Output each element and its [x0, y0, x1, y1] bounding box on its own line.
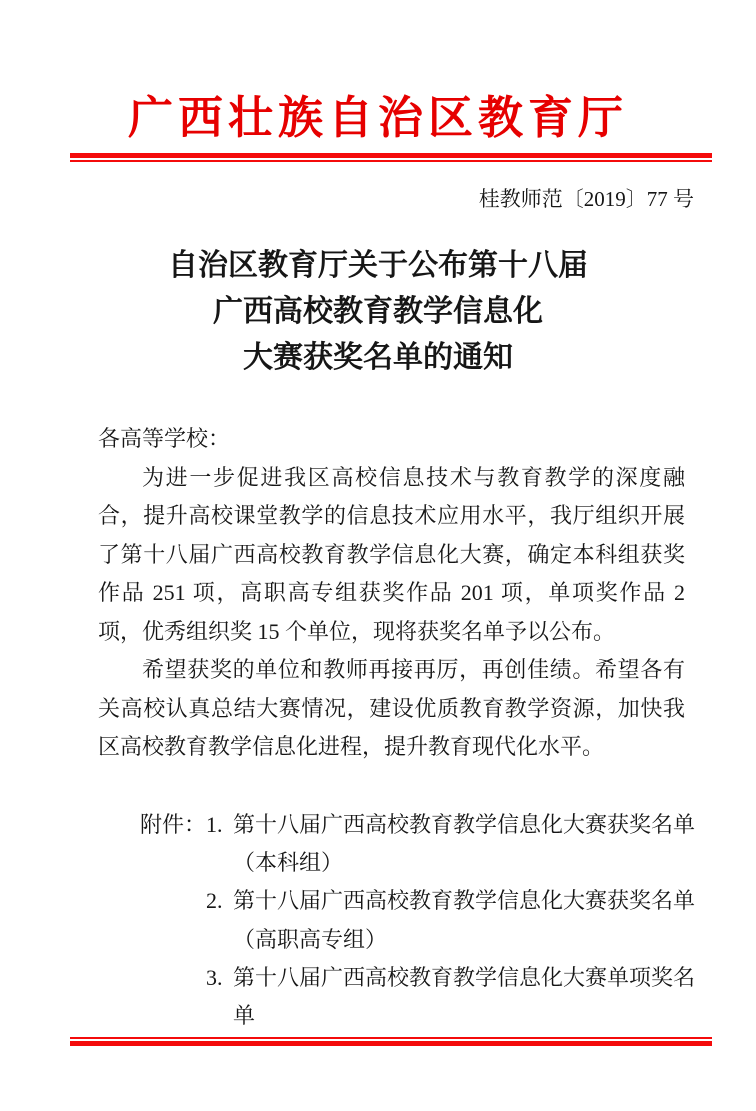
attachments-label: 附件： — [140, 806, 206, 844]
letterhead-rule — [70, 153, 712, 162]
agency-letterhead: 广西壮族自治区教育厅 — [0, 90, 756, 146]
attachment-item-number: 1. — [206, 806, 233, 844]
notice-body: 各高等学校： 为进一步促进我区高校信息技术与教育教学的深度融合，提升高校课堂教学… — [98, 420, 685, 767]
notice-title-line-1: 自治区教育厅关于公布第十八届 — [0, 243, 756, 289]
notice-title-line-3: 大赛获奖名单的通知 — [0, 335, 756, 381]
attachment-item-1: 1. 第十八届广西高校教育教学信息化大赛获奖名单（本科组） — [206, 806, 699, 882]
notice-title: 自治区教育厅关于公布第十八届 广西高校教育教学信息化 大赛获奖名单的通知 — [0, 243, 756, 381]
attachment-item-number: 3. — [206, 959, 233, 997]
document-page: 广西壮族自治区教育厅 桂教师范〔2019〕77 号 自治区教育厅关于公布第十八届… — [0, 0, 756, 1111]
paragraph-1: 为进一步促进我区高校信息技术与教育教学的深度融合，提升高校课堂教学的信息技术应用… — [98, 459, 685, 652]
attachments-block: 附件： 1. 第十八届广西高校教育教学信息化大赛获奖名单（本科组） 2. 第十八… — [140, 806, 699, 1035]
paragraph-2: 希望获奖的单位和教师再接再厉，再创佳绩。希望各有关高校认真总结大赛情况，建设优质… — [98, 651, 685, 767]
salutation: 各高等学校： — [98, 420, 685, 459]
attachment-item-text: 第十八届广西高校教育教学信息化大赛获奖名单（本科组） — [233, 806, 699, 882]
attachment-item-number: 2. — [206, 882, 233, 920]
attachment-item-text: 第十八届广西高校教育教学信息化大赛单项奖名单 — [233, 959, 699, 1035]
footer-rule — [70, 1037, 712, 1046]
document-number: 桂教师范〔2019〕77 号 — [479, 186, 694, 213]
attachment-item-3: 3. 第十八届广西高校教育教学信息化大赛单项奖名单 — [206, 959, 699, 1035]
notice-title-line-2: 广西高校教育教学信息化 — [0, 289, 756, 335]
attachments-list: 1. 第十八届广西高校教育教学信息化大赛获奖名单（本科组） 2. 第十八届广西高… — [206, 806, 699, 1035]
attachment-item-2: 2. 第十八届广西高校教育教学信息化大赛获奖名单（高职高专组） — [206, 882, 699, 958]
attachment-item-text: 第十八届广西高校教育教学信息化大赛获奖名单（高职高专组） — [233, 882, 699, 958]
